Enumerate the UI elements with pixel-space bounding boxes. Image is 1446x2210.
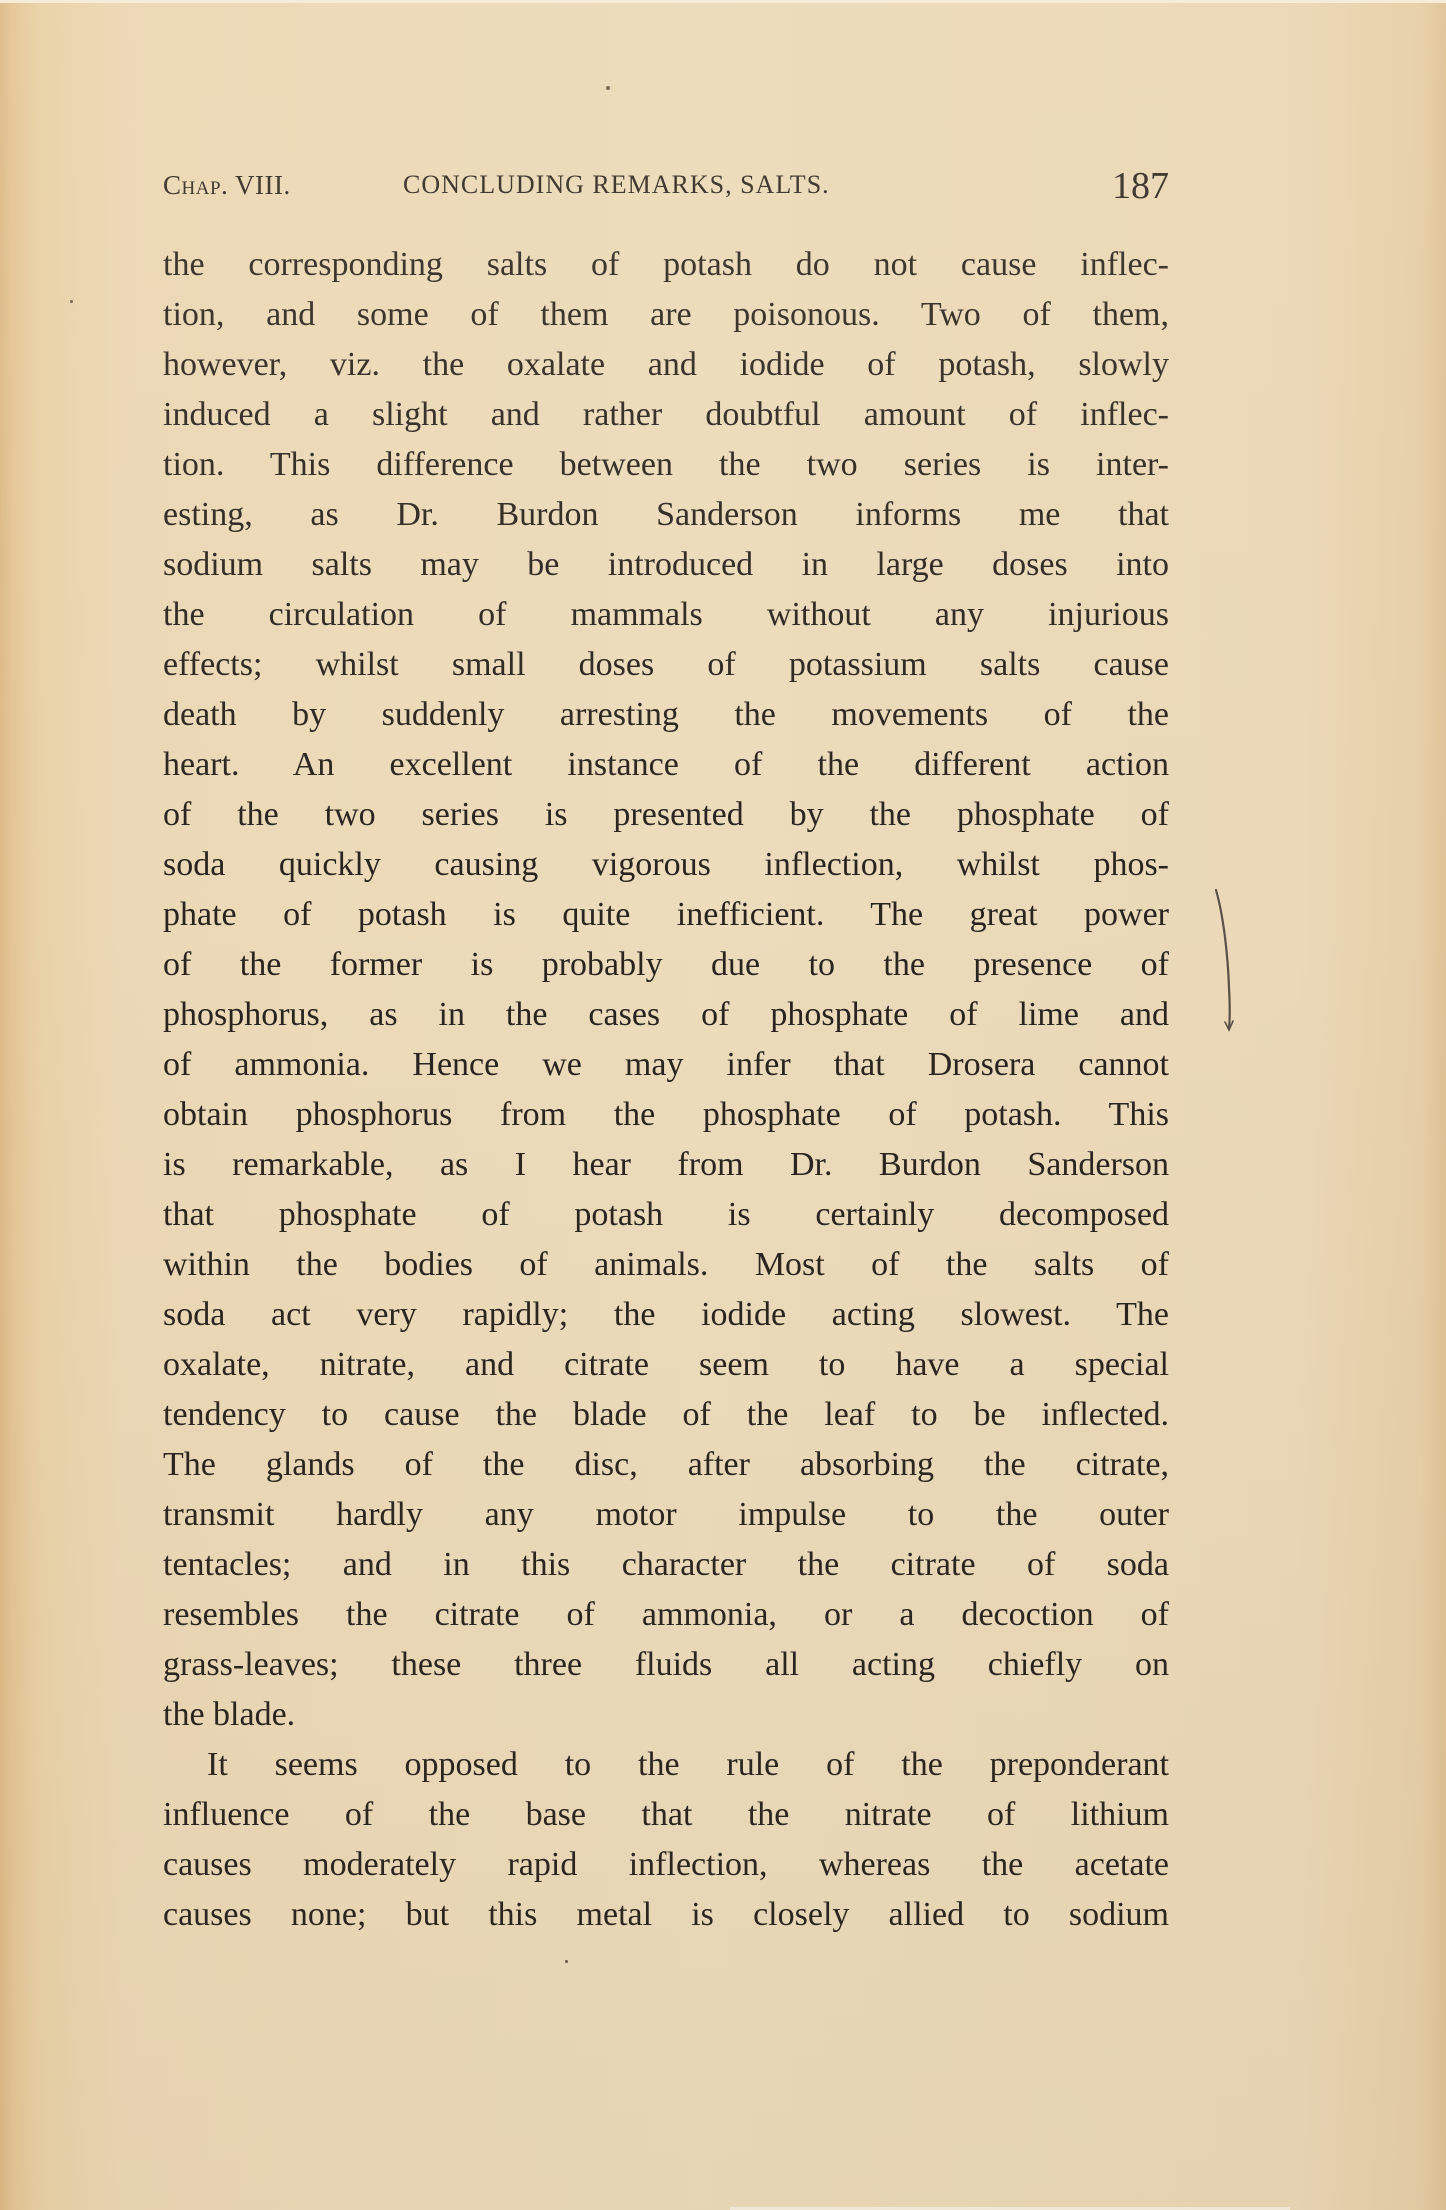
text-line: tendency to cause the blade of the leaf …: [163, 1390, 1169, 1440]
paper-speck: [70, 300, 73, 303]
text-line: death by suddenly arresting the movement…: [163, 690, 1169, 740]
text-line: soda act very rapidly; the iodide acting…: [163, 1290, 1169, 1340]
text-line: soda quickly causing vigorous inflection…: [163, 840, 1169, 890]
text-line: of ammonia. Hence we may infer that Dros…: [163, 1040, 1169, 1090]
pencil-bracket-mark: [1212, 888, 1242, 1033]
text-line: the corresponding salts of potash do not…: [163, 240, 1169, 290]
body-text: the corresponding salts of potash do not…: [163, 240, 1169, 1940]
text-line: effects; whilst small doses of potassium…: [163, 640, 1169, 690]
text-line: tion, and some of them are poisonous. Tw…: [163, 290, 1169, 340]
text-line: tion. This difference between the two se…: [163, 440, 1169, 490]
paper-speck: [606, 86, 610, 90]
text-line: causes none; but this metal is closely a…: [163, 1890, 1169, 1940]
paragraph-end-line: the blade.: [163, 1690, 1169, 1740]
text-line: influence of the base that the nitrate o…: [163, 1790, 1169, 1840]
text-line: tentacles; and in this character the cit…: [163, 1540, 1169, 1590]
text-line: obtain phosphorus from the phosphate of …: [163, 1090, 1169, 1140]
page-number: 187: [1112, 164, 1169, 208]
text-line: grass-leaves; these three fluids all act…: [163, 1640, 1169, 1690]
text-line: heart. An excellent instance of the diff…: [163, 740, 1169, 790]
paper-speck: [565, 1960, 568, 1963]
text-line: sodium salts may be introduced in large …: [163, 540, 1169, 590]
text-line: the circulation of mammals without any i…: [163, 590, 1169, 640]
text-line: that phosphate of potash is certainly de…: [163, 1190, 1169, 1240]
running-head-title: CONCLUDING REMARKS, SALTS.: [403, 170, 830, 200]
text-line: within the bodies of animals. Most of th…: [163, 1240, 1169, 1290]
chapter-label: Chap. VIII.: [163, 170, 291, 201]
text-line: The glands of the disc, after absorbing …: [163, 1440, 1169, 1490]
text-line: esting, as Dr. Burdon Sanderson informs …: [163, 490, 1169, 540]
text-line: of the former is probably due to the pre…: [163, 940, 1169, 990]
text-line: induced a slight and rather doubtful amo…: [163, 390, 1169, 440]
text-line: phate of potash is quite inefficient. Th…: [163, 890, 1169, 940]
text-line: however, viz. the oxalate and iodide of …: [163, 340, 1169, 390]
text-line: of the two series is presented by the ph…: [163, 790, 1169, 840]
scan-edge-top: [0, 0, 1446, 3]
text-line: causes moderately rapid inflection, wher…: [163, 1840, 1169, 1890]
text-line: phosphorus, as in the cases of phosphate…: [163, 990, 1169, 1040]
text-line: transmit hardly any motor impulse to the…: [163, 1490, 1169, 1540]
text-line: oxalate, nitrate, and citrate seem to ha…: [163, 1340, 1169, 1390]
running-head: Chap. VIII. CONCLUDING REMARKS, SALTS. 1…: [163, 164, 1169, 208]
text-line: is remarkable, as I hear from Dr. Burdon…: [163, 1140, 1169, 1190]
paragraph-start-line: It seems opposed to the rule of the prep…: [163, 1740, 1169, 1790]
text-line: resembles the citrate of ammonia, or a d…: [163, 1590, 1169, 1640]
book-page: Chap. VIII. CONCLUDING REMARKS, SALTS. 1…: [0, 0, 1446, 2210]
